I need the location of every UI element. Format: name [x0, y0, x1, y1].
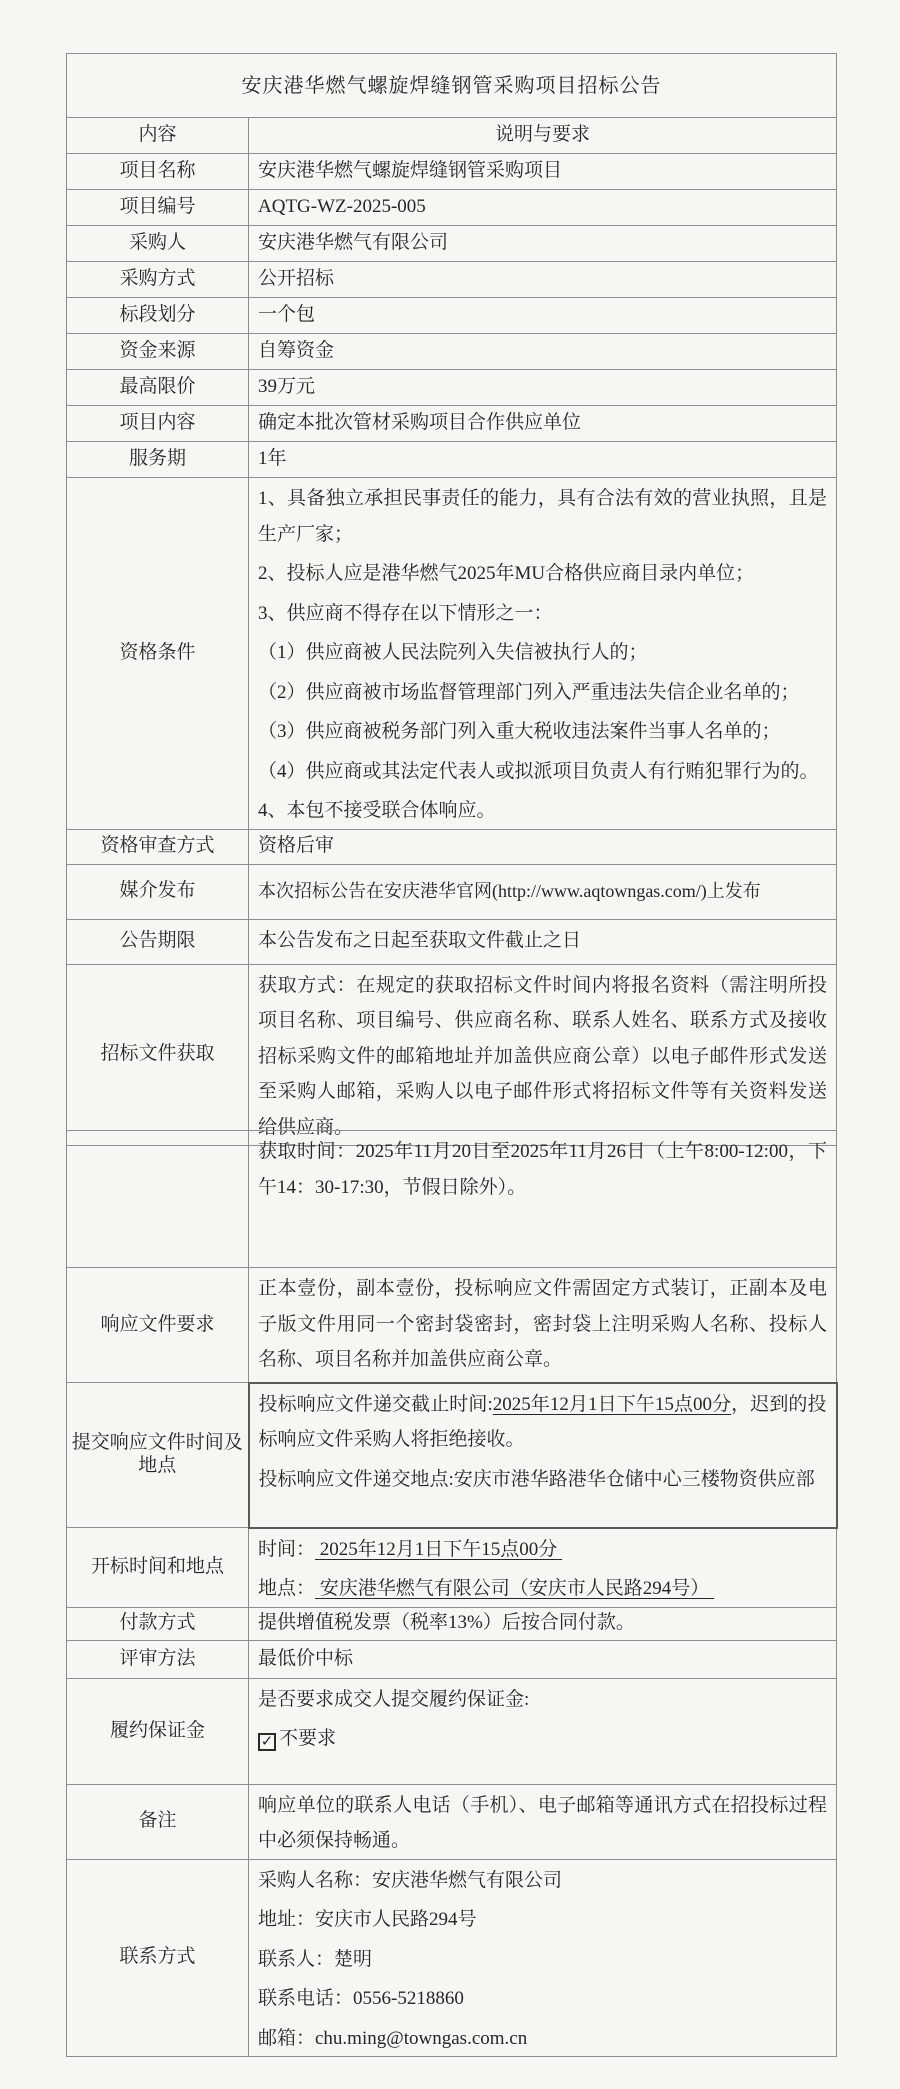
purchaser-label: 采购人: [67, 226, 249, 262]
performance-bond-value: 是否要求成交人提交履约保证金: ✓不要求: [249, 1678, 837, 1784]
column-header-content: 内容: [67, 118, 249, 154]
procurement-method-label: 采购方式: [67, 262, 249, 298]
header-row: 内容 说明与要求: [67, 118, 837, 154]
service-period-label: 服务期: [67, 442, 249, 478]
submission-label: 提交响应文件时间及地点: [67, 1383, 249, 1528]
response-document-label: 响应文件要求: [67, 1268, 249, 1383]
price-ceiling-value: 39万元: [249, 370, 837, 406]
qualification-item: 2、投标人应是港华燃气2025年MU合格供应商目录内单位；: [258, 556, 827, 592]
submission-deadline-prefix: 投标响应文件递交截止时间:: [259, 1394, 493, 1415]
table-row: 项目编号 AQTG-WZ-2025-005: [67, 190, 837, 226]
announcement-table-main: 安庆港华燃气螺旋焊缝钢管采购项目招标公告 内容 说明与要求 项目名称 安庆港华燃…: [66, 53, 837, 1146]
qualification-item: （3）供应商被税务部门列入重大税收违法案件当事人名单的；: [258, 714, 827, 750]
table-row: 付款方式 提供增值税发票（税率13%）后按合同付款。: [67, 1607, 837, 1640]
qualification-value: 1、具备独立承担民事责任的能力，具有合法有效的营业执照，且是生产厂家； 2、投标…: [249, 478, 837, 830]
procurement-method-value: 公开招标: [249, 262, 837, 298]
performance-bond-question: 是否要求成交人提交履约保证金:: [258, 1682, 827, 1718]
bid-opening-value: 时间：2025年12月1日下午15点00分 地点：安庆港华燃气有限公司（安庆市人…: [249, 1528, 837, 1608]
table-row: 服务期 1年: [67, 442, 837, 478]
qualification-review-value: 资格后审: [249, 829, 837, 864]
bid-opening-row: 开标时间和地点 时间：2025年12月1日下午15点00分 地点：安庆港华燃气有…: [67, 1528, 837, 1608]
table-row: 公告期限 本公告发布之日起至获取文件截止之日: [67, 919, 837, 964]
bid-opening-location: 安庆港华燃气有限公司（安庆市人民路294号）: [315, 1578, 714, 1599]
submission-value: 投标响应文件递交截止时间:2025年12月1日下午15点00分，迟到的投标响应文…: [249, 1383, 837, 1528]
project-number-value: AQTG-WZ-2025-005: [249, 190, 837, 226]
contact-row: 联系方式 采购人名称：安庆港华燃气有限公司 地址：安庆市人民路294号 联系人：…: [67, 1859, 837, 2057]
submission-deadline-line: 投标响应文件递交截止时间:2025年12月1日下午15点00分，迟到的投标响应文…: [259, 1387, 827, 1458]
contact-purchaser-name: 采购人名称：安庆港华燃气有限公司: [258, 1863, 827, 1899]
qualification-item: （4）供应商或其法定代表人或拟派项目负责人有行贿犯罪行为的。: [258, 754, 827, 790]
payment-value: 提供增值税发票（税率13%）后按合同付款。: [249, 1607, 837, 1640]
project-name-value: 安庆港华燃气螺旋焊缝钢管采购项目: [249, 154, 837, 190]
funding-source-label: 资金来源: [67, 334, 249, 370]
qualification-label: 资格条件: [67, 478, 249, 830]
qualification-row: 资格条件 1、具备独立承担民事责任的能力，具有合法有效的营业执照，且是生产厂家；…: [67, 478, 837, 830]
bid-opening-location-line: 地点：安庆港华燃气有限公司（安庆市人民路294号）: [258, 1571, 827, 1607]
submission-deadline: 2025年12月1日下午15点00分: [493, 1394, 731, 1415]
title-row: 安庆港华燃气螺旋焊缝钢管采购项目招标公告: [67, 54, 837, 118]
project-name-label: 项目名称: [67, 154, 249, 190]
bid-opening-label: 开标时间和地点: [67, 1528, 249, 1608]
performance-bond-label: 履约保证金: [67, 1678, 249, 1784]
bid-opening-time: 2025年12月1日下午15点00分: [315, 1539, 562, 1560]
remarks-row: 备注 响应单位的联系人电话（手机）、电子邮箱等通讯方式在招投标过程中必须保持畅通…: [67, 1784, 837, 1859]
contact-phone: 联系电话：0556-5218860: [258, 1981, 827, 2017]
obtain-time-row: 获取时间：2025年11月20日至2025年11月26日（上午8:00-12:0…: [67, 1131, 837, 1268]
bid-opening-time-line: 时间：2025年12月1日下午15点00分: [258, 1532, 827, 1568]
announcement-period-label: 公告期限: [67, 919, 249, 964]
obtain-time-value: 获取时间：2025年11月20日至2025年11月26日（上午8:00-12:0…: [249, 1131, 837, 1268]
qualification-item: （1）供应商被人民法院列入失信被执行人的；: [258, 635, 827, 671]
project-content-label: 项目内容: [67, 406, 249, 442]
table-row: 媒介发布 本次招标公告在安庆港华官网(http://www.aqtowngas.…: [67, 864, 837, 919]
document-obtain-label: 招标文件获取: [67, 964, 249, 1146]
performance-bond-row: 履约保证金 是否要求成交人提交履约保证金: ✓不要求: [67, 1678, 837, 1784]
page: { "colors": { "page_background": "#f7f6f…: [0, 0, 900, 2089]
table-row: 资金来源 自筹资金: [67, 334, 837, 370]
contact-person: 联系人：楚明: [258, 1942, 827, 1978]
announcement-period-value: 本公告发布之日起至获取文件截止之日: [249, 919, 837, 964]
funding-source-value: 自筹资金: [249, 334, 837, 370]
price-ceiling-label: 最高限价: [67, 370, 249, 406]
table-row: 项目内容 确定本批次管材采购项目合作供应单位: [67, 406, 837, 442]
response-document-text: 正本壹份，副本壹份，投标响应文件需固定方式装订，正副本及电子版文件用同一个密封袋…: [258, 1271, 827, 1378]
lot-division-value: 一个包: [249, 298, 837, 334]
bid-opening-time-label: 时间：: [258, 1539, 315, 1560]
purchaser-value: 安庆港华燃气有限公司: [249, 226, 837, 262]
response-document-value: 正本壹份，副本壹份，投标响应文件需固定方式装订，正副本及电子版文件用同一个密封袋…: [249, 1268, 837, 1383]
checked-checkbox-icon: ✓: [258, 1733, 276, 1751]
performance-bond-answer: 不要求: [279, 1728, 336, 1749]
media-release-value: 本次招标公告在安庆港华官网(http://www.aqtowngas.com/)…: [249, 864, 837, 919]
payment-label: 付款方式: [67, 1607, 249, 1640]
contact-value: 采购人名称：安庆港华燃气有限公司 地址：安庆市人民路294号 联系人：楚明 联系…: [249, 1859, 837, 2057]
contact-email: 邮箱：chu.ming@towngas.com.cn: [258, 2021, 827, 2057]
project-number-label: 项目编号: [67, 190, 249, 226]
lot-division-label: 标段划分: [67, 298, 249, 334]
response-document-row: 响应文件要求 正本壹份，副本壹份，投标响应文件需固定方式装订，正副本及电子版文件…: [67, 1268, 837, 1383]
qualification-review-label: 资格审查方式: [67, 829, 249, 864]
evaluation-value: 最低价中标: [249, 1640, 837, 1678]
remarks-label: 备注: [67, 1784, 249, 1859]
document-obtain-row: 招标文件获取 获取方式：在规定的获取招标文件时间内将报名资料（需注明所投项目名称…: [67, 964, 837, 1146]
column-header-description: 说明与要求: [249, 118, 837, 154]
qualification-item: 3、供应商不得存在以下情形之一：: [258, 596, 827, 632]
document-obtain-value: 获取方式：在规定的获取招标文件时间内将报名资料（需注明所投项目名称、项目编号、供…: [249, 964, 837, 1146]
table-row: 资格审查方式 资格后审: [67, 829, 837, 864]
media-release-label: 媒介发布: [67, 864, 249, 919]
evaluation-label: 评审方法: [67, 1640, 249, 1678]
submission-row: 提交响应文件时间及地点 投标响应文件递交截止时间:2025年12月1日下午15点…: [67, 1383, 837, 1528]
table-row: 采购方式 公开招标: [67, 262, 837, 298]
table-row: 评审方法 最低价中标: [67, 1640, 837, 1678]
obtain-time-text: 获取时间：2025年11月20日至2025年11月26日（上午8:00-12:0…: [258, 1134, 827, 1205]
remarks-text: 响应单位的联系人电话（手机）、电子邮箱等通讯方式在招投标过程中必须保持畅通。: [258, 1788, 827, 1859]
table-row: 标段划分 一个包: [67, 298, 837, 334]
announcement-table-continued: 获取时间：2025年11月20日至2025年11月26日（上午8:00-12:0…: [66, 1130, 838, 2057]
contact-address: 地址：安庆市人民路294号: [258, 1902, 827, 1938]
table-row: 采购人 安庆港华燃气有限公司: [67, 226, 837, 262]
table-row: 项目名称 安庆港华燃气螺旋焊缝钢管采购项目: [67, 154, 837, 190]
qualification-item: （2）供应商被市场监督管理部门列入严重违法失信企业名单的；: [258, 675, 827, 711]
document-obtain-method: 获取方式：在规定的获取招标文件时间内将报名资料（需注明所投项目名称、项目编号、供…: [258, 968, 827, 1146]
table-row: 最高限价 39万元: [67, 370, 837, 406]
bid-opening-location-label: 地点：: [258, 1578, 315, 1599]
service-period-value: 1年: [249, 442, 837, 478]
contact-label: 联系方式: [67, 1859, 249, 2057]
obtain-time-empty-label: [67, 1131, 249, 1268]
submission-location: 投标响应文件递交地点:安庆市港华路港华仓储中心三楼物资供应部: [259, 1462, 827, 1498]
project-content-value: 确定本批次管材采购项目合作供应单位: [249, 406, 837, 442]
performance-bond-answer-line: ✓不要求: [258, 1721, 827, 1757]
document-title: 安庆港华燃气螺旋焊缝钢管采购项目招标公告: [67, 54, 837, 118]
qualification-item: 1、具备独立承担民事责任的能力，具有合法有效的营业执照，且是生产厂家；: [258, 481, 827, 552]
remarks-value: 响应单位的联系人电话（手机）、电子邮箱等通讯方式在招投标过程中必须保持畅通。: [249, 1784, 837, 1859]
qualification-item: 4、本包不接受联合体响应。: [258, 793, 827, 829]
